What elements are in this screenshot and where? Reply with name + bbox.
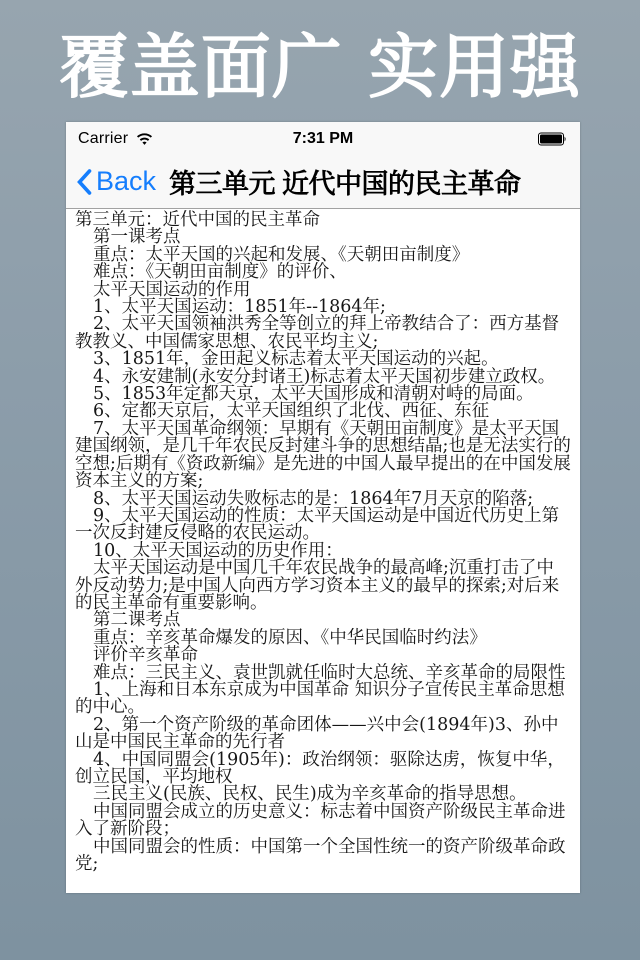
battery-icon: [538, 132, 568, 146]
status-bar: Carrier 7:31 PM: [66, 122, 580, 155]
paragraph: 7、太平天国革命纲领：早期有《天朝田亩制度》是太平天国建国纲领，是几千年农民反封…: [75, 421, 571, 491]
paragraph: 4、中国同盟会(1905年)：政治纲领：驱除达虏，恢复中华，创立民国，平均地权: [75, 752, 571, 787]
paragraph: 中国同盟会成立的历史意义：标志着中国资产阶级民主革命进入了新阶段；: [75, 804, 571, 839]
back-button[interactable]: Back: [76, 168, 156, 196]
paragraph: 9、太平天国运动的性质：太平天国运动是中国近代历史上第一次反封建反侵略的农民运动…: [75, 508, 571, 543]
marketing-banner: 覆盖面广 实用强: [0, 0, 640, 122]
content-text: 第三单元：近代中国的民主革命第一课考点重点：太平天国的兴起和发展、《天朝田亩制度…: [75, 212, 571, 873]
paragraph: 难点：《天朝田亩制度》的评价、: [75, 264, 571, 281]
navigation-bar: Back 第三单元 近代中国的民主革命: [66, 155, 580, 209]
paragraph: 中国同盟会的性质：中国第一个全国性统一的资产阶级革命政党;: [75, 839, 571, 874]
paragraph: 评价辛亥革命: [75, 647, 571, 664]
carrier-label: Carrier: [78, 130, 128, 148]
wifi-icon: [135, 132, 154, 146]
paragraph: 2、第一个资产阶级的革命团体——兴中会(1894年)3、孙中山是中国民主革命的先…: [75, 717, 571, 752]
paragraph: 2、太平天国领袖洪秀全等创立的拜上帝教结合了：西方基督教教义、中国儒家思想、农民…: [75, 316, 571, 351]
content-scroll-area[interactable]: 第三单元：近代中国的民主革命第一课考点重点：太平天国的兴起和发展、《天朝田亩制度…: [66, 210, 580, 893]
paragraph: 太平天国运动是中国几千年农民战争的最高峰;沉重打击了中外反动势力;是中国人向西方…: [75, 560, 571, 612]
paragraph: 1、上海和日本东京成为中国革命 知识分子宣传民主革命思想的中心。: [75, 682, 571, 717]
nav-title: 第三单元 近代中国的民主革命: [169, 162, 521, 201]
phone-screenshot-panel: Carrier 7:31 PM Back 第三单: [66, 122, 580, 893]
banner-title: 覆盖面广 实用强: [59, 11, 581, 112]
back-chevron-icon: [76, 168, 92, 196]
back-label: Back: [96, 168, 156, 195]
